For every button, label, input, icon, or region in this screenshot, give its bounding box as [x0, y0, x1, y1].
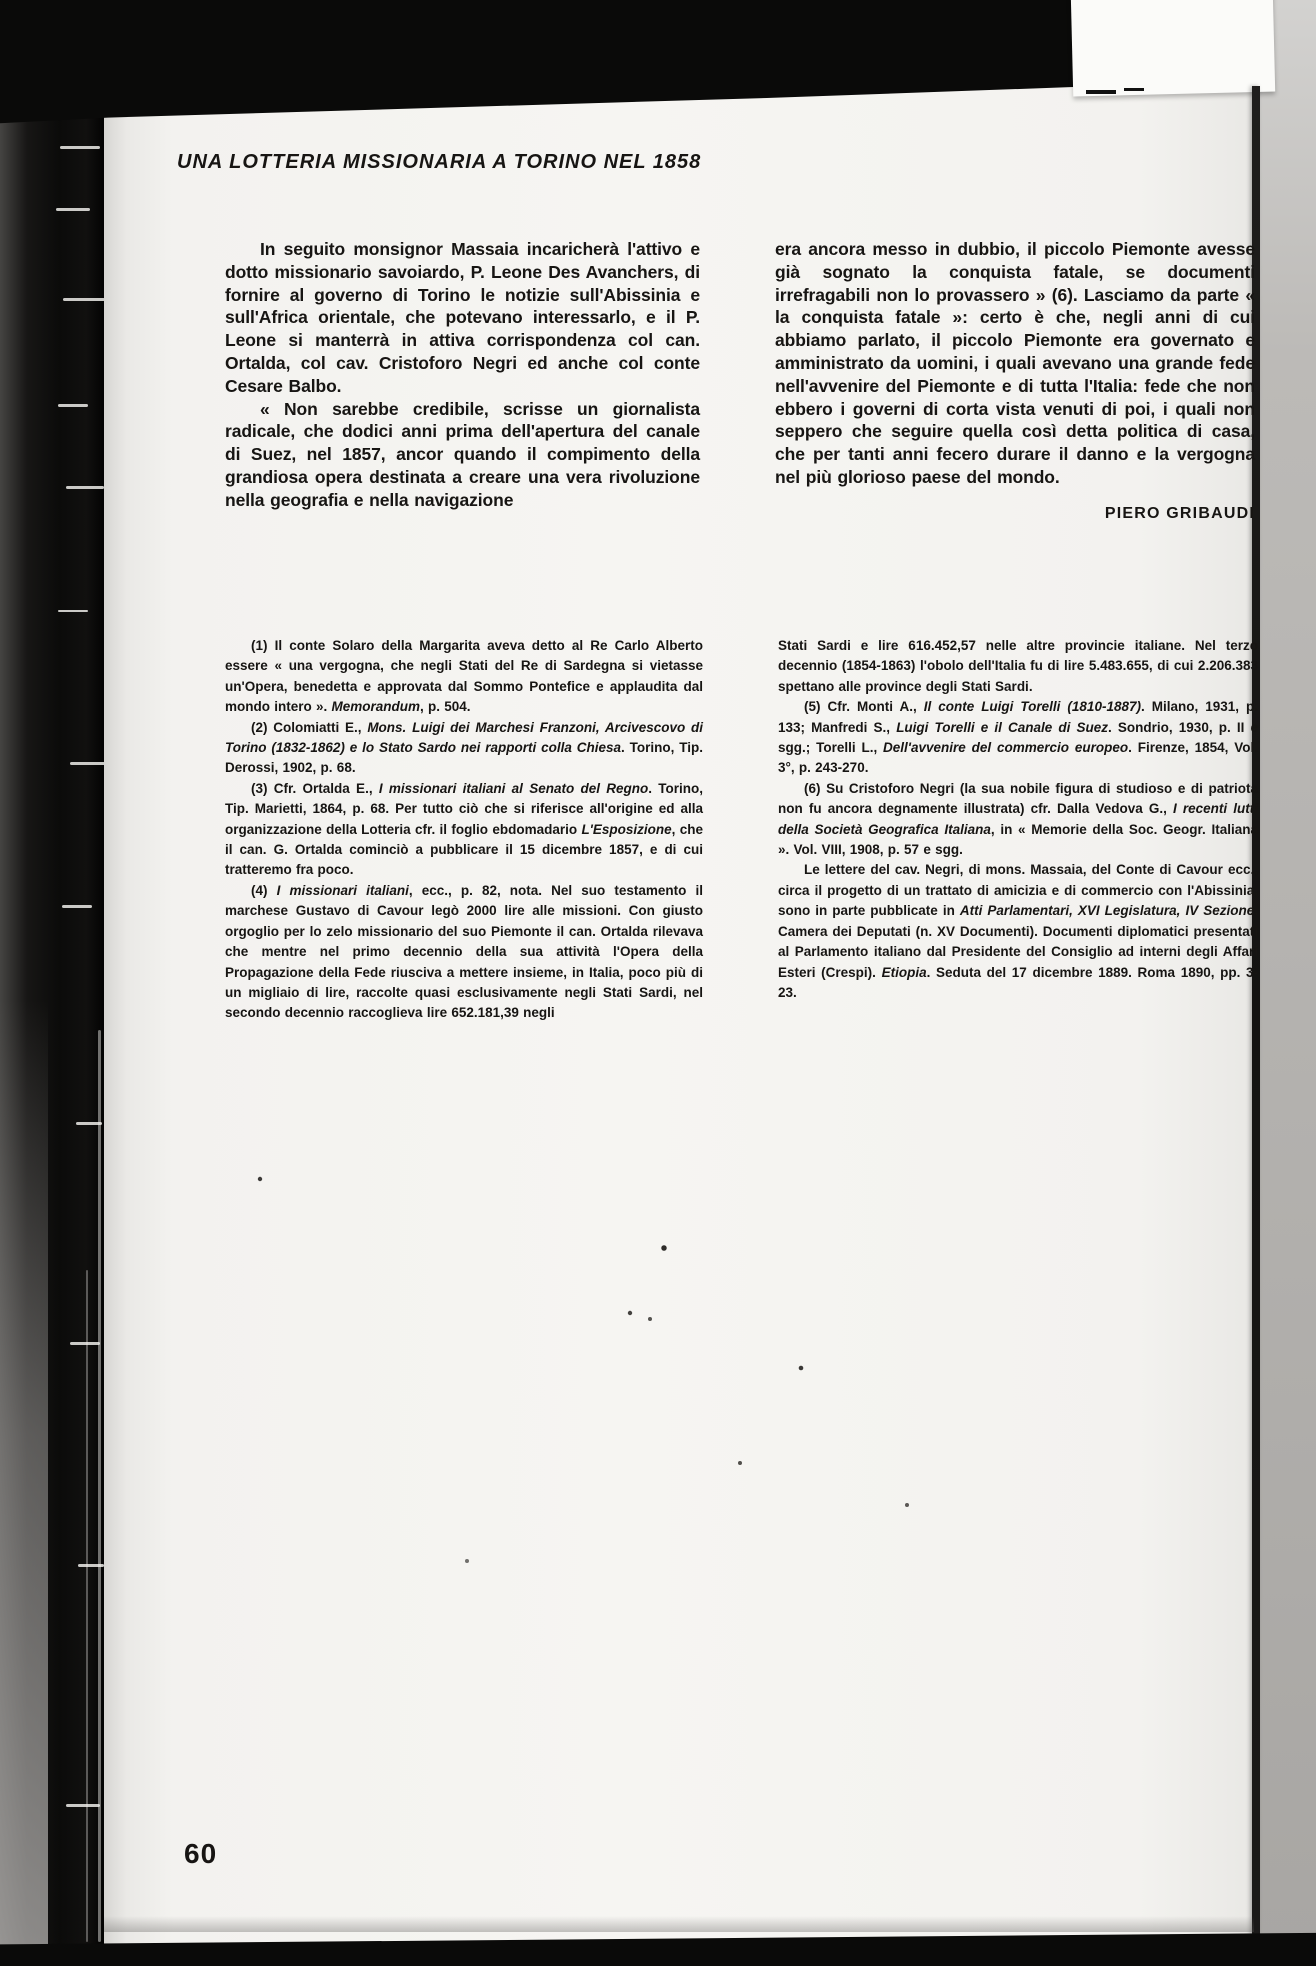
- footnote-text: , p. 504.: [420, 699, 471, 714]
- footnote-text: Il conte Luigi Torelli (1810-1887): [924, 699, 1141, 714]
- footnote-text: I missionari italiani al Senato del Regn…: [379, 781, 648, 796]
- footnote-2: (2) Colomiatti E., Mons. Luigi dei March…: [225, 718, 703, 779]
- paragraph: era ancora messo in dubbio, il piccolo P…: [775, 238, 1255, 489]
- footnote-column-left: (1) Il conte Solaro della Margarita avev…: [225, 636, 703, 1024]
- footnote-5: (5) Cfr. Monti A., Il conte Luigi Torell…: [778, 697, 1258, 779]
- footnote-column-right: Stati Sardi e lire 616.452,57 nelle altr…: [778, 636, 1258, 1024]
- footnote-text: Etiopia: [882, 965, 927, 980]
- footnote-text: I missionari italiani: [277, 883, 409, 898]
- footnote-text: Atti Parlamentari, XVI Legislatura, IV S…: [960, 903, 1254, 918]
- footnote-text: Memorandum: [332, 699, 421, 714]
- footnote-text: (2) Colomiatti E.,: [251, 720, 367, 735]
- footnote-6-addendum: Le lettere del cav. Negri, di mons. Mass…: [778, 860, 1258, 1003]
- page-content: UNA LOTTERIA MISSIONARIA A TORINO NEL 18…: [0, 0, 1316, 1966]
- body-column-right: era ancora messo in dubbio, il piccolo P…: [775, 238, 1255, 523]
- paragraph: « Non sarebbe credibile, scrisse un gior…: [225, 398, 700, 512]
- footnote-text: (3) Cfr. Ortalda E.,: [251, 781, 379, 796]
- footnote-text: (4): [251, 883, 277, 898]
- footnote-text: Stati Sardi e lire 616.452,57 nelle altr…: [778, 638, 1258, 694]
- footnote-text: Dell'avvenire del commercio europeo: [883, 740, 1128, 755]
- footnote-text: Luigi Torelli e il Canale di Suez: [896, 720, 1108, 735]
- paragraph: In seguito monsignor Massaia incaricherà…: [225, 238, 700, 398]
- footnote-6: (6) Su Cristoforo Negri (la sua nobile f…: [778, 779, 1258, 861]
- footnote-text: , ecc., p. 82, nota. Nel suo testamento …: [225, 883, 703, 1020]
- page-number: 60: [184, 1838, 217, 1870]
- author-signature: PIERO GRIBAUDI: [775, 505, 1255, 523]
- footnote-text: (5) Cfr. Monti A.,: [804, 699, 924, 714]
- footnote-1: (1) Il conte Solaro della Margarita avev…: [225, 636, 703, 718]
- body-text: In seguito monsignor Massaia incaricherà…: [225, 238, 1255, 523]
- footnote-text: L'Esposizione: [581, 822, 671, 837]
- running-head: UNA LOTTERIA MISSIONARIA A TORINO NEL 18…: [177, 150, 701, 174]
- body-column-left: In seguito monsignor Massaia incaricherà…: [225, 238, 700, 523]
- footnote-4: (4) I missionari italiani, ecc., p. 82, …: [225, 881, 703, 1024]
- footnote-3: (3) Cfr. Ortalda E., I missionari italia…: [225, 779, 703, 881]
- scanned-book-page: UNA LOTTERIA MISSIONARIA A TORINO NEL 18…: [0, 0, 1316, 1966]
- footnotes: (1) Il conte Solaro della Margarita avev…: [225, 636, 1258, 1024]
- footnote-4-continued: Stati Sardi e lire 616.452,57 nelle altr…: [778, 636, 1258, 697]
